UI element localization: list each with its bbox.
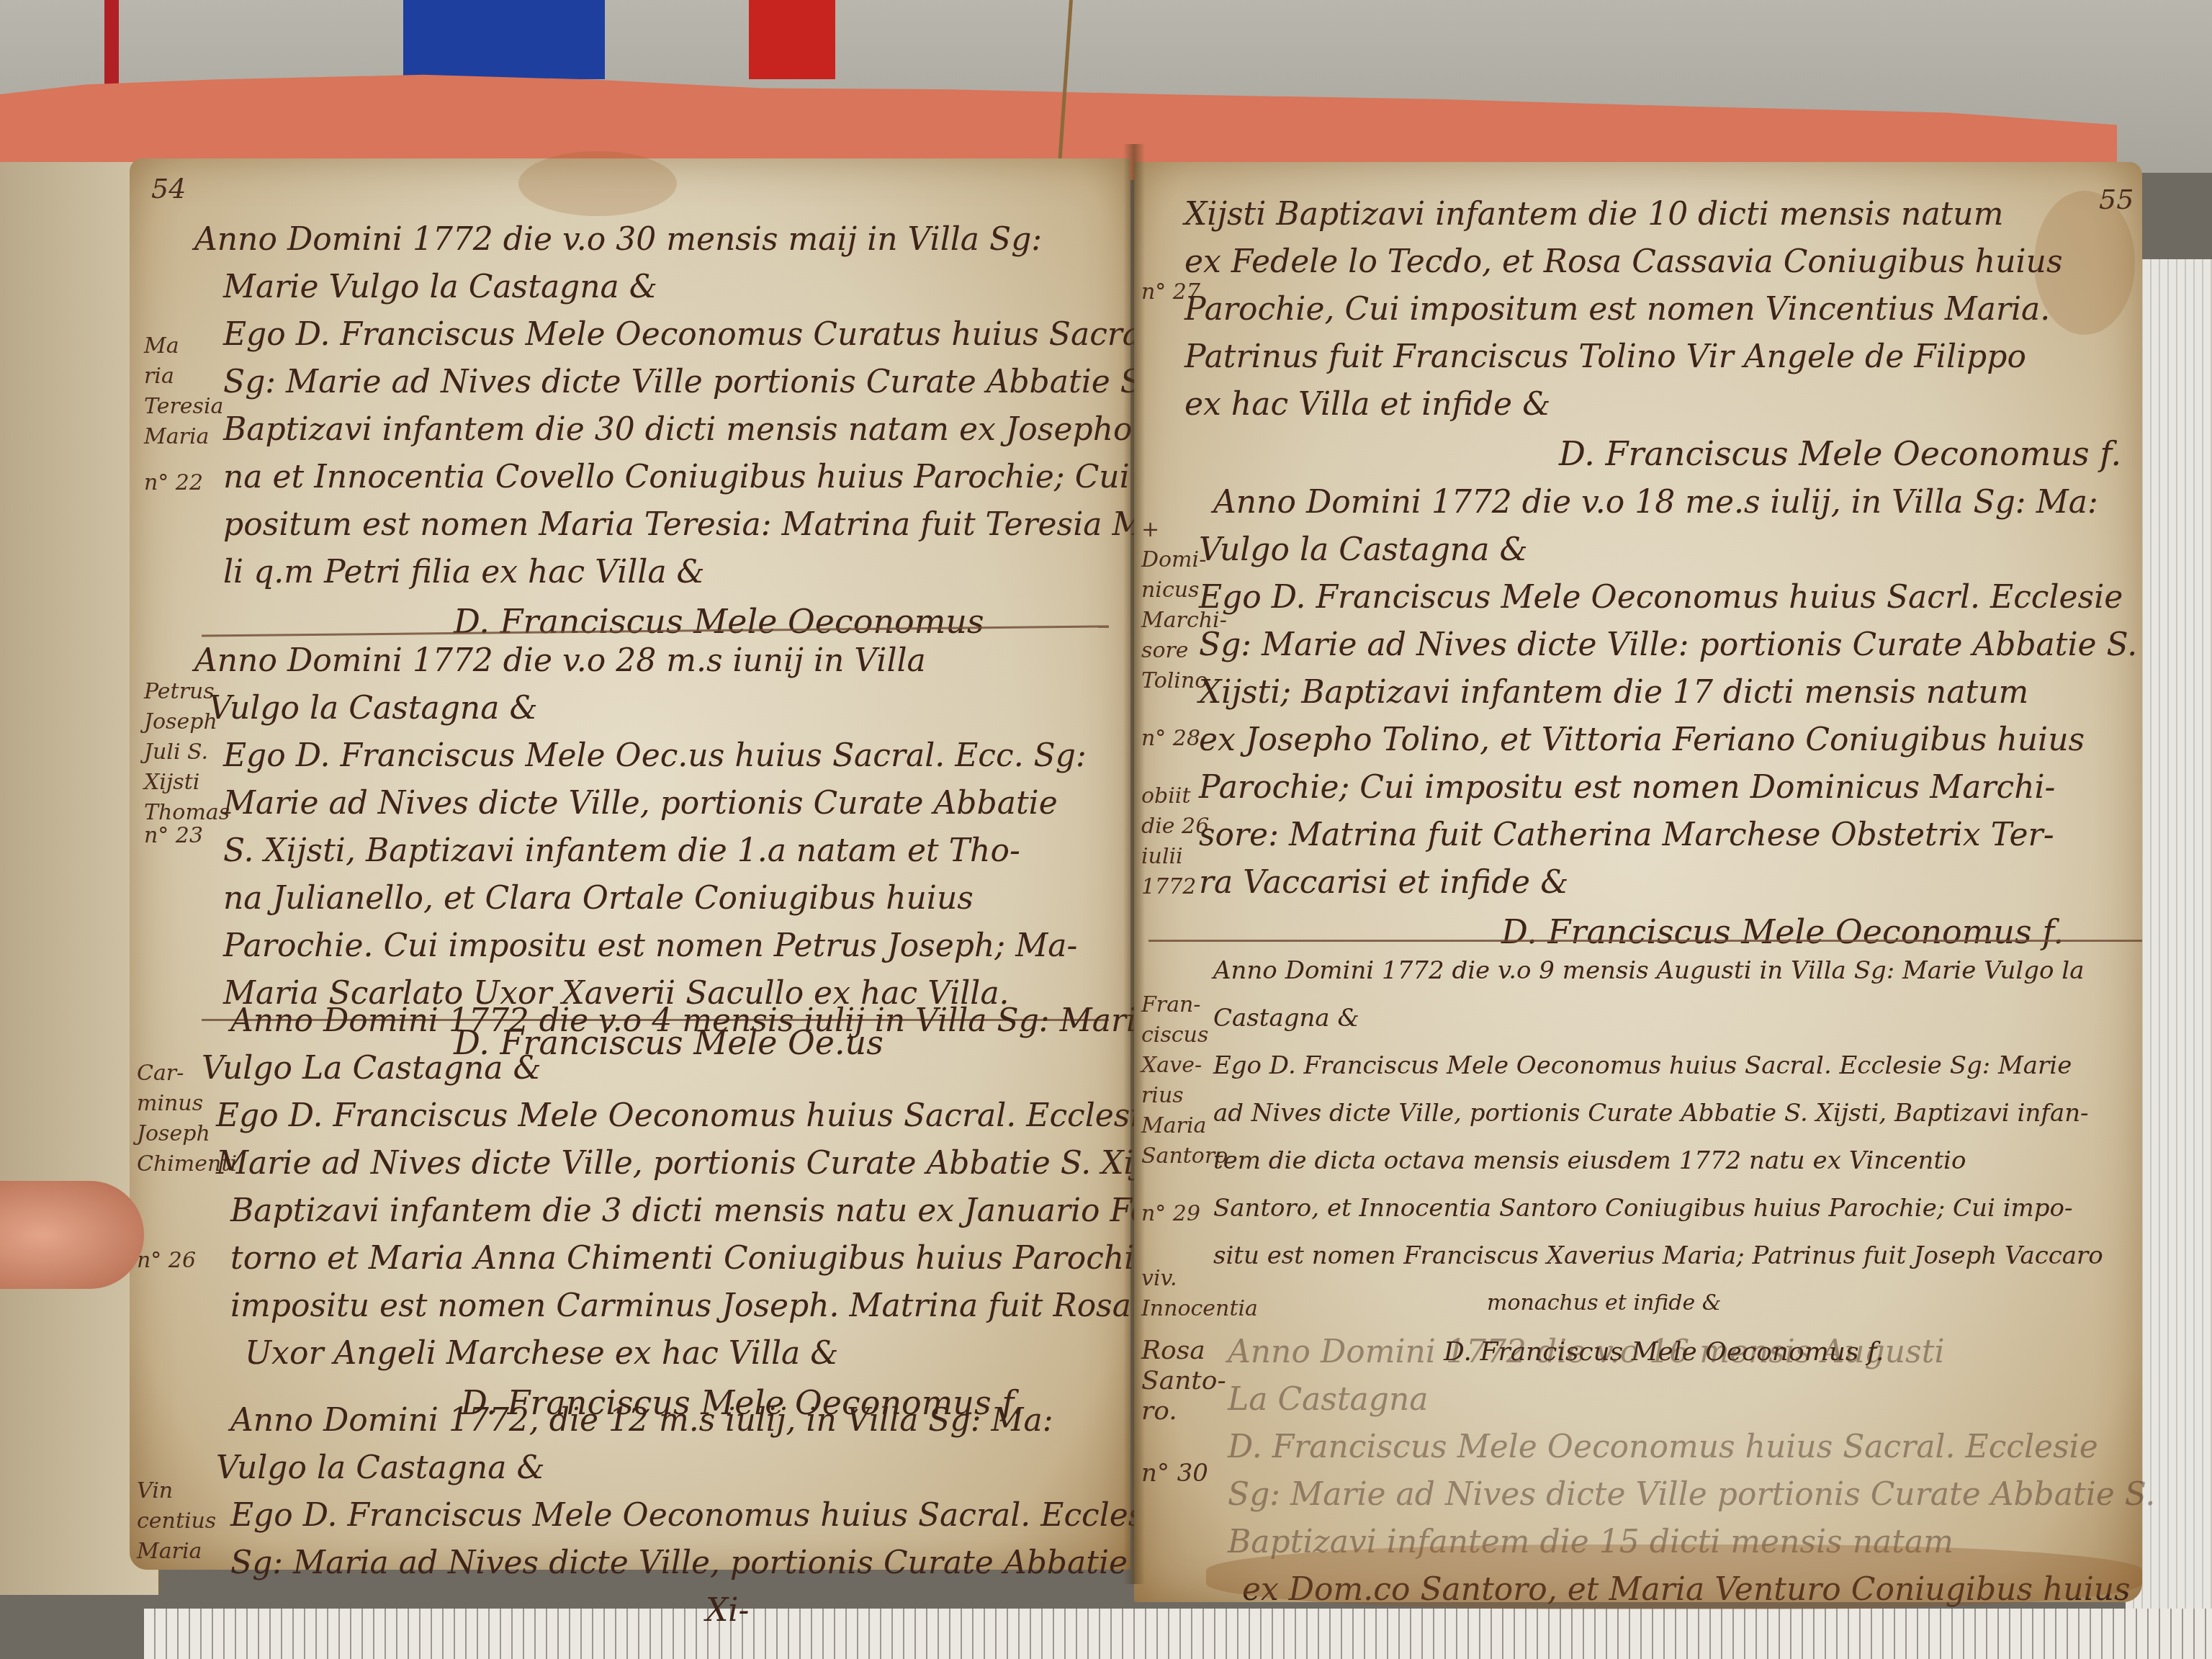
entry-line: Xijsti Baptizavi infantem die 10 dicti m…	[1184, 191, 2121, 238]
entry-line: Sg: Maria ad Nives dicte Ville, portioni…	[202, 1539, 1174, 1587]
priest-signature: D. Franciscus Mele Oeconomus f.	[1184, 428, 2121, 479]
entry-line: ad Nives dicte Ville, portionis Curate A…	[1213, 1089, 2103, 1137]
entry-line: S. Xijsti, Baptizavi infantem die 1.a na…	[194, 827, 1087, 875]
entry-line: monachus et infide &	[1213, 1280, 2103, 1327]
entry-line: Anno Domini 1772, die 12 m.s iulij, in V…	[202, 1397, 1174, 1444]
margin-name: Fran- ciscus Xave- rius Maria Santoro	[1141, 990, 1220, 1172]
entry-line: ex hac Villa et infide &	[1184, 381, 2121, 428]
entry-line: torno et Maria Anna Chimenti Coniugibus …	[202, 1235, 1228, 1282]
entry-line: Xijsti; Baptizavi infantem die 17 dicti …	[1199, 669, 2137, 716]
margin-name: Car- minus Joseph Chimenti	[137, 1058, 202, 1179]
margin-number: n° 26	[137, 1246, 196, 1276]
entry-line: Vulgo la Castagna &	[202, 1444, 1174, 1492]
right-page: 55 n° 27 Xijsti Baptizavi infantem die 1…	[1134, 162, 2142, 1602]
entry-line: Ego D. Franciscus Mele Oeconomus huius S…	[1199, 574, 2137, 621]
entry-line: Vulgo la Castagna &	[194, 685, 1087, 732]
entry-line: Anno Domini 1772 die v.o 4 mensis iulij …	[202, 997, 1228, 1045]
baptism-entry: Anno Domini 1772 die v.o 18 me.s iulij, …	[1199, 479, 2137, 957]
entry-line: Vulgo la Castagna &	[1199, 526, 2137, 574]
entry-line: sore: Matrina fuit Catherina Marchese Ob…	[1199, 811, 2137, 859]
entry-line: ex Josepho Tolino, et Vittoria Feriano C…	[1199, 716, 2137, 764]
entry-line: Anno Domini 1772 die v.o 18 me.s iulij, …	[1199, 479, 2137, 526]
entry-line: D. Franciscus Mele Oeconomus huius Sacra…	[1228, 1424, 2155, 1471]
margin-name: Vin centius Maria	[137, 1476, 202, 1567]
margin-number: n° 29	[1141, 1199, 1200, 1229]
entry-line: Sg: Marie ad Nives dicte Ville: portioni…	[1199, 621, 2137, 669]
entry-line: Vulgo La Castagna &	[202, 1045, 1228, 1092]
entry-line: Anno Domini 1772 die v.o 28 m.s iunij in…	[194, 637, 1087, 685]
red-object	[749, 0, 835, 79]
eu-flag	[403, 0, 605, 79]
margin-number: n° 30	[1141, 1458, 1208, 1488]
entry-line: Xi-	[202, 1587, 1174, 1635]
left-page: 54 Ma ria Teresia Maria n° 22 Anno Domin…	[130, 158, 1130, 1570]
divider-line	[1148, 940, 2142, 942]
page-number: 54	[151, 173, 186, 204]
baptism-entry: Anno Domini 1772 die v.o 9 mensis August…	[1213, 947, 2103, 1377]
entry-line: impositu est nomen Carminus Joseph. Matr…	[202, 1282, 1228, 1330]
entry-line: Parochie. Cui impositu est nomen Petrus …	[194, 922, 1087, 970]
entry-line: Parochie, Cui impositum est nomen Vincen…	[1184, 286, 2121, 333]
entry-line: Sg: Marie ad Nives dicte Ville portionis…	[1228, 1471, 2155, 1519]
entry-line: na Julianello, et Clara Ortale Coniugibu…	[194, 875, 1087, 922]
entry-line: Baptizavi infantem die 3 dicti mensis na…	[202, 1187, 1228, 1235]
book-gutter	[1123, 144, 1145, 1584]
entry-line: Castagna &	[1213, 994, 2103, 1042]
entry-line: ra Vaccarisi et infide &	[1199, 859, 2137, 907]
entry-line: Patrinus fuit Franciscus Tolino Vir Ange…	[1184, 333, 2121, 381]
entry-line: Ego D. Franciscus Mele Oec.us huius Sacr…	[194, 732, 1087, 780]
entry-line: Marie ad Nives dicte Ville, portionis Cu…	[194, 780, 1087, 827]
margin-name: Rosa Santo- ro.	[1141, 1336, 1213, 1426]
baptism-entry: Anno Domini 1772, die 12 m.s iulij, in V…	[202, 1397, 1174, 1635]
entry-line: Parochie; Cui impositu est nomen Dominic…	[1199, 764, 2137, 811]
entry-line: Ego D. Franciscus Mele Oeconomus huius S…	[202, 1492, 1174, 1539]
entry-line: ex Fedele lo Tecdo, et Rosa Cassavia Con…	[1184, 238, 2121, 286]
holding-thumb	[0, 1181, 144, 1289]
entry-line: situ est nomen Franciscus Xaverius Maria…	[1213, 1232, 2103, 1280]
water-damage	[1206, 1545, 2142, 1609]
entry-line: Anno Domini 1772 die v.o 16 mensis Augus…	[1228, 1328, 2155, 1376]
entry-line: Uxor Angeli Marchese ex hac Villa &	[202, 1330, 1228, 1377]
entry-line: Ego D. Franciscus Mele Oeconomus huius S…	[1213, 1042, 2103, 1089]
entry-line: Santoro, et Innocentia Santoro Coniugibu…	[1213, 1184, 2103, 1232]
entry-line: La Castagna	[1228, 1376, 2155, 1424]
entry-line: tem die dicta octava mensis eiusdem 1772…	[1213, 1137, 2103, 1184]
margin-number: n° 28	[1141, 724, 1200, 754]
baptism-entry: Anno Domini 1772 die v.o 4 mensis iulij …	[202, 997, 1228, 1428]
entry-line: Anno Domini 1772 die v.o 9 mensis August…	[1213, 947, 2103, 994]
entry-line: Marie ad Nives dicte Ville, portionis Cu…	[202, 1140, 1228, 1187]
water-stain	[518, 151, 677, 216]
entry-line: Ego D. Franciscus Mele Oeconomus huius S…	[202, 1092, 1228, 1140]
baptism-entry: Xijsti Baptizavi infantem die 10 dicti m…	[1184, 191, 2121, 479]
